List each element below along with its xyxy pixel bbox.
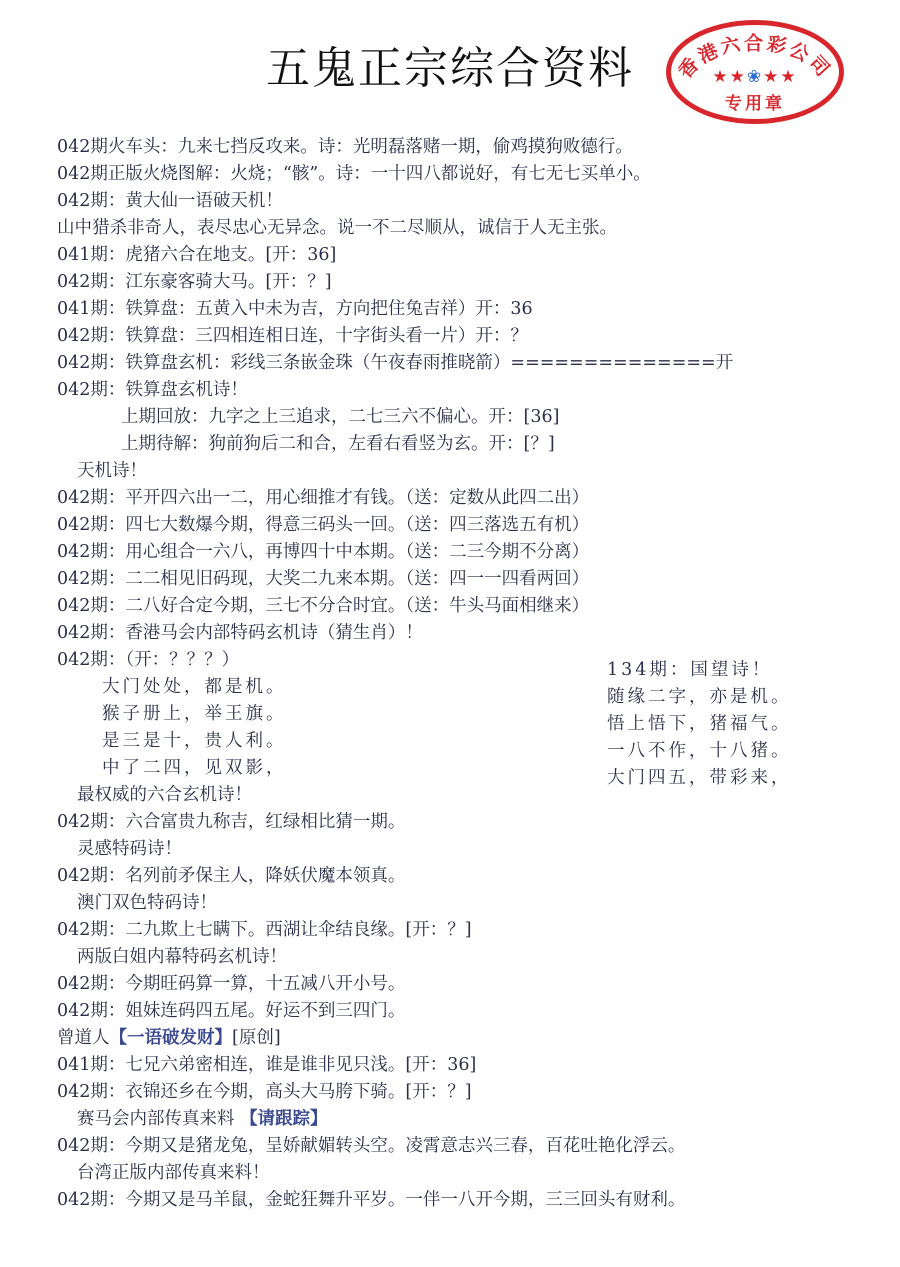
text-line: 042期：江东豪客骑大马。[开：？] xyxy=(57,269,880,296)
flower-icon: ❀ xyxy=(747,67,763,87)
text-segment: [原创] xyxy=(232,1028,281,1048)
poem-line: 悟上悟下，猪福气。 xyxy=(607,711,792,738)
text-line: 042期：今期又是马羊鼠，金蛇狂舞升平岁。一伴一八开今期，三三回头有财利。 xyxy=(57,1187,880,1214)
text-line: 天机诗！ xyxy=(57,458,880,485)
text-line: 上期回放：九字之上三追求，二七三六不偏心。开：[36] xyxy=(57,404,880,431)
text-line: 灵感特码诗！ xyxy=(57,836,880,863)
text-line: 042期：平开四六出一二，用心细推才有钱。（送：定数从此四二出） xyxy=(57,485,880,512)
highlight-bracket-text: 【请跟踪】 xyxy=(240,1109,328,1129)
star-icon: ★★ xyxy=(712,67,746,87)
poem-line: 大门四五，带彩来， xyxy=(607,765,792,792)
text-segment: 赛马会内部传真来料 xyxy=(77,1109,240,1129)
text-line: 042期火车头：九来七挡反攻来。诗：光明磊落赌一期，偷鸡摸狗败德行。 xyxy=(57,134,880,161)
poem-heading: 134期：国望诗！ xyxy=(607,657,792,684)
text-line: 042期：用心组合一六八，再博四十中本期。（送：二三今期不分离） xyxy=(57,539,880,566)
star-icon: ★★ xyxy=(763,67,797,87)
text-line: 042期：姐妹连码四五尾。好运不到三四门。 xyxy=(57,998,880,1025)
text-line: 042期：香港马会内部特码玄机诗（猜生肖）！ xyxy=(57,620,880,647)
text-line: 赛马会内部传真来料 【请跟踪】 xyxy=(57,1106,880,1133)
text-line: 041期：虎猪六合在地支。[开：36] xyxy=(57,242,880,269)
text-line: 042期：铁算盘玄机：彩线三条嵌金珠（午夜春雨推晓箭）=============… xyxy=(57,350,880,377)
text-line: 041期：铁算盘：五黄入中未为吉，方向把住兔吉祥）开：36 xyxy=(57,296,880,323)
highlight-bracket-text: 【一语破发财】 xyxy=(110,1028,233,1048)
text-line: 澳门双色特码诗！ xyxy=(57,890,880,917)
right-poem-block: 134期：国望诗！随缘二字，亦是机。悟上悟下，猪福气。一八不作，十八猪。大门四五… xyxy=(607,657,792,792)
text-line: 042期：二九欺上七瞒下。西湖让伞结良缘。[开：？] xyxy=(57,917,880,944)
text-line: 042期：今期又是猪龙兔，呈娇献媚转头空。凌霄意志兴三春，百花吐艳化浮云。 xyxy=(57,1133,880,1160)
text-line: 042期：四七大数爆今期，得意三码头一回。（送：四三落选五有机） xyxy=(57,512,880,539)
text-line: 042期：二八好合定今期，三七不分合时宜。（送：牛头马面相继来） xyxy=(57,593,880,620)
text-line: 042期：衣锦还乡在今期，高头大马胯下骑。[开：？] xyxy=(57,1079,880,1106)
poem-line: 一八不作，十八猪。 xyxy=(607,738,792,765)
text-line: 两版白姐内幕特码玄机诗！ xyxy=(57,944,880,971)
text-line: 042期：铁算盘玄机诗！ xyxy=(57,377,880,404)
seal-stars: ★★❀★★ xyxy=(671,67,839,87)
text-line: 台湾正版内部传真来料！ xyxy=(57,1160,880,1187)
text-line: 042期：今期旺码算一算，十五减八开小号。 xyxy=(57,971,880,998)
text-line: 曾道人【一语破发财】[原创] xyxy=(57,1025,880,1052)
seal-bottom-text: 专用章 xyxy=(671,89,839,114)
text-line: 042期：黄大仙一语破天机！ xyxy=(57,188,880,215)
company-seal-stamp: 香港六合彩公司 ★★❀★★ 专用章 xyxy=(666,20,844,124)
text-line: 山中猎杀非奇人，表尽忠心无异念。说一不二尽顺从，诚信于人无主张。 xyxy=(57,215,880,242)
text-line: 042期：名列前矛保主人，降妖伏魔本领真。 xyxy=(57,863,880,890)
poem-line: 随缘二字，亦是机。 xyxy=(607,684,792,711)
text-line: 042期正版火烧图解：火烧；“骸”。诗：一十四八都说好，有七无七买单小。 xyxy=(57,161,880,188)
text-segment: 曾道人 xyxy=(57,1028,110,1048)
text-line: 042期：六合富贵九称吉，红绿相比猜一期。 xyxy=(57,809,880,836)
text-line: 042期：铁算盘：三四相连相日连，十字街头看一片）开：？ xyxy=(57,323,880,350)
text-line: 上期待解：狗前狗后二和合，左看右看竖为玄。开：[？] xyxy=(57,431,880,458)
text-line: 041期：七兄六弟密相连，谁是谁非见只浅。[开：36] xyxy=(57,1052,880,1079)
text-line: 042期：二二相见旧码现，大奖二九来本期。（送：四一一四看两回） xyxy=(57,566,880,593)
